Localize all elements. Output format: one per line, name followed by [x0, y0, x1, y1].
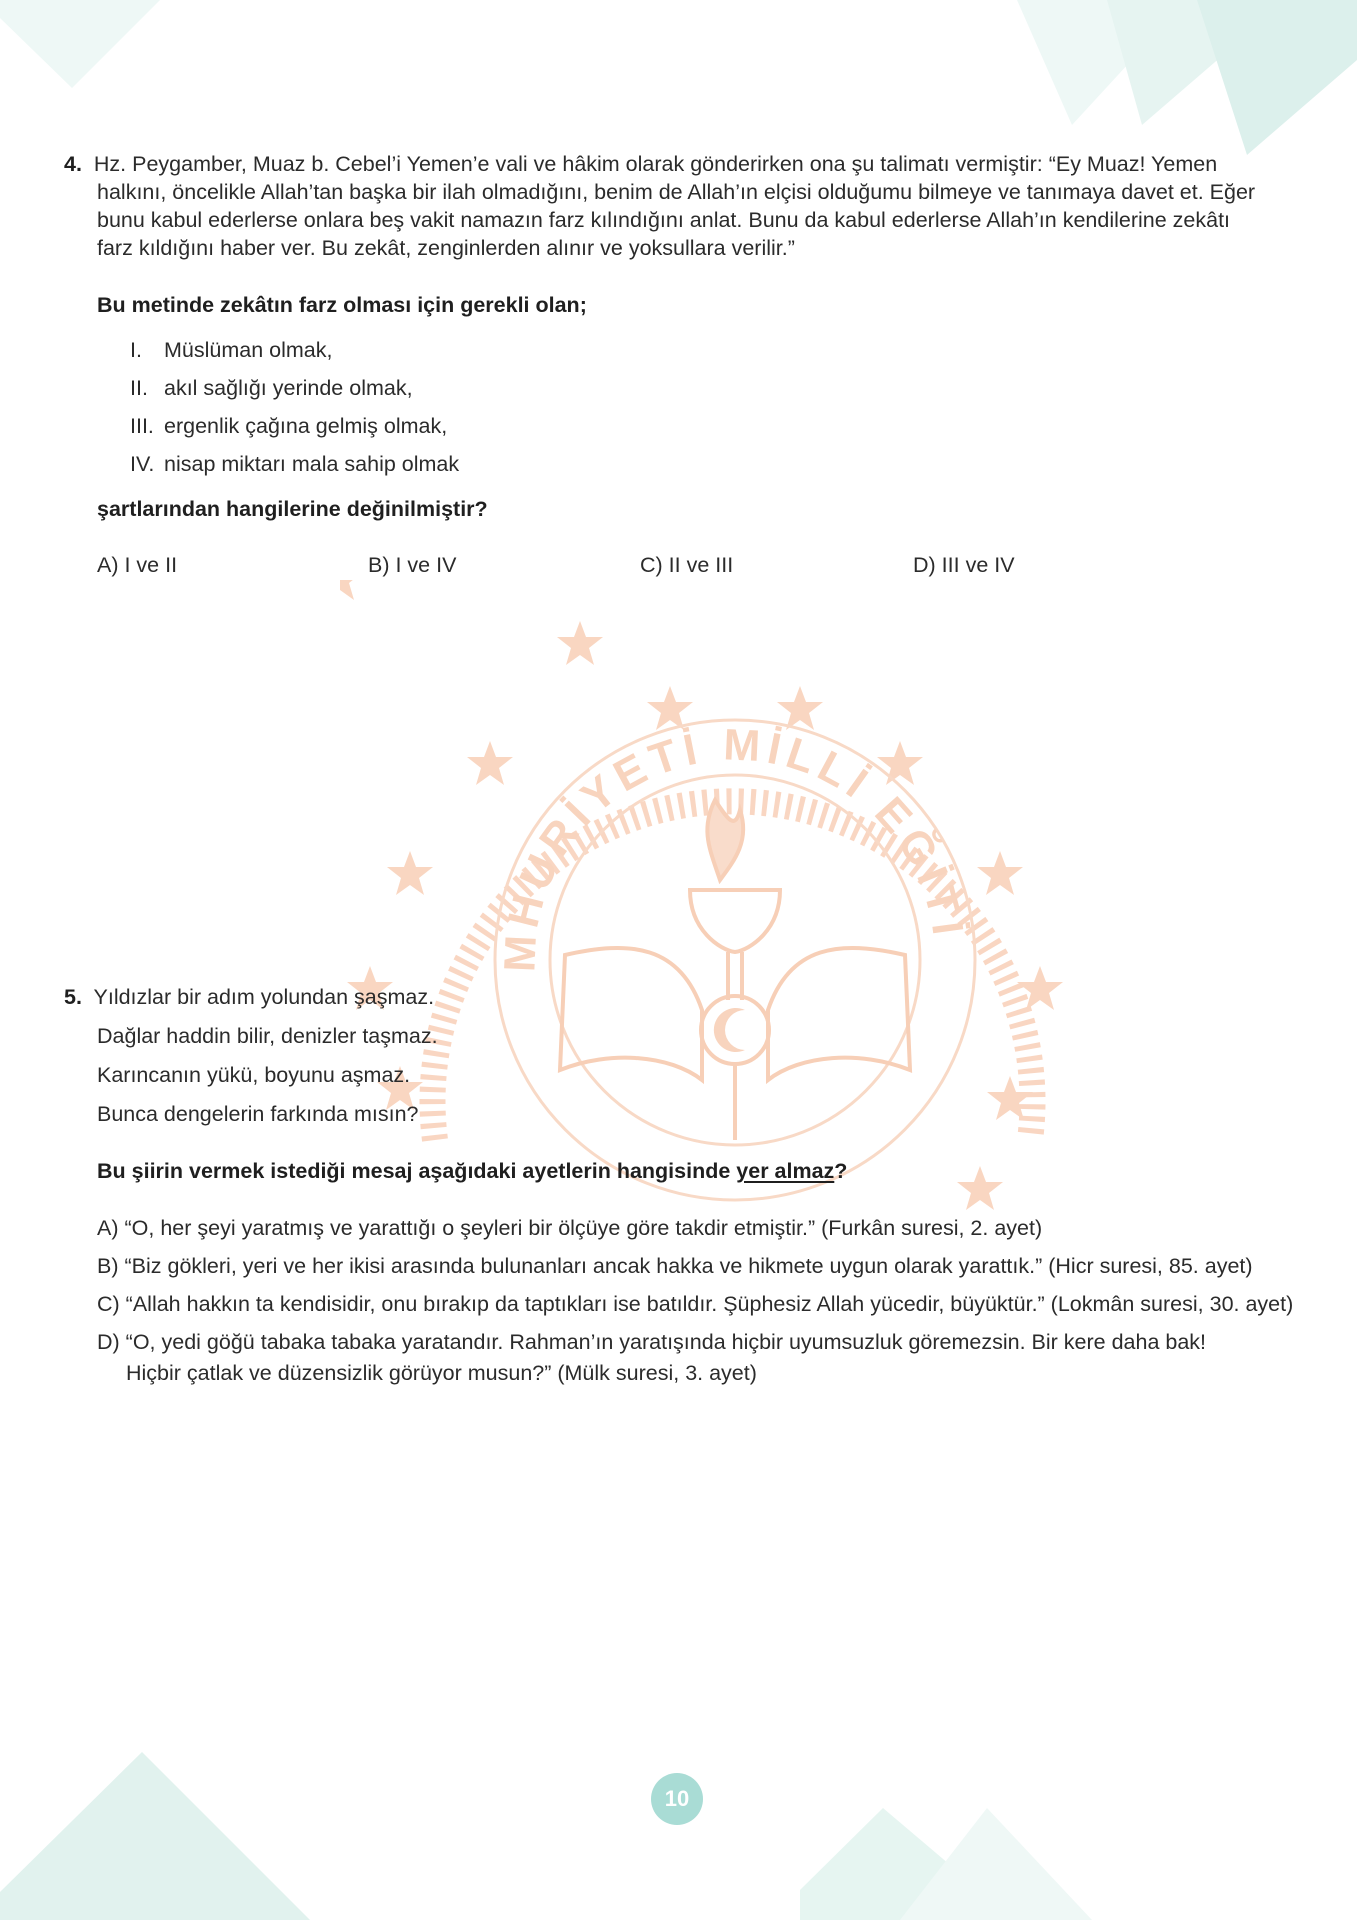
question-4-passage-line: farz kıldığını haber ver. Bu zekât, zeng…: [97, 234, 795, 262]
answer-option-d[interactable]: D) “O, yedi göğü tabaka tabaka yaratandı…: [97, 1328, 1206, 1356]
answer-option-d-continuation: Hiçbir çatlak ve düzensizlik görüyor mus…: [126, 1359, 757, 1387]
answer-option-b[interactable]: B) I ve IV: [368, 551, 456, 579]
question-4-passage-line: bunu kabul ederlerse onlara beş vakit na…: [97, 206, 1230, 234]
answer-option-d[interactable]: D) III ve IV: [913, 551, 1015, 579]
question-5-prompt: Bu şiirin vermek istediği mesaj aşağıdak…: [97, 1157, 847, 1185]
question-4-stem: Bu metinde zekâtın farz olması için gere…: [97, 291, 587, 319]
premise-item: IV.nisap miktarı mala sahip olmak: [130, 450, 459, 478]
answer-option-c[interactable]: C) “Allah hakkın ta kendisidir, onu bıra…: [97, 1290, 1293, 1318]
answer-option-a[interactable]: A) “O, her şeyi yaratmış ve yarattığı o …: [97, 1214, 1042, 1242]
premise-item: II.akıl sağlığı yerinde olmak,: [130, 374, 413, 402]
question-5-poem-line: Karıncanın yükü, boyunu aşmaz.: [97, 1061, 410, 1089]
question-4-passage-line: halkını, öncelikle Allah’tan başka bir i…: [97, 178, 1255, 206]
question-4-passage-line: 4. Hz. Peygamber, Muaz b. Cebel’i Yemen’…: [64, 150, 1217, 178]
answer-option-c[interactable]: C) II ve III: [640, 551, 733, 579]
question-4-prompt: şartlarından hangilerine değinilmiştir?: [97, 495, 488, 523]
worksheet-page: 4. Hz. Peygamber, Muaz b. Cebel’i Yemen’…: [0, 0, 1357, 1920]
answer-option-a[interactable]: A) I ve II: [97, 551, 177, 579]
question-5-poem-line: 5. Yıldızlar bir adım yolundan şaşmaz.: [64, 983, 434, 1011]
emphasis-underline: yer almaz: [736, 1159, 834, 1183]
question-number: 5.: [64, 985, 82, 1009]
answer-option-b[interactable]: B) “Biz gökleri, yeri ve her ikisi arası…: [97, 1252, 1253, 1280]
question-5-poem-line: Bunca dengelerin farkında mısın?: [97, 1100, 419, 1128]
question-number: 4.: [64, 152, 82, 176]
question-5-poem-line: Dağlar haddin bilir, denizler taşmaz.: [97, 1022, 438, 1050]
premise-item: I.Müslüman olmak,: [130, 336, 332, 364]
page-number-badge: 10: [651, 1773, 703, 1825]
premise-item: III.ergenlik çağına gelmiş olmak,: [130, 412, 447, 440]
